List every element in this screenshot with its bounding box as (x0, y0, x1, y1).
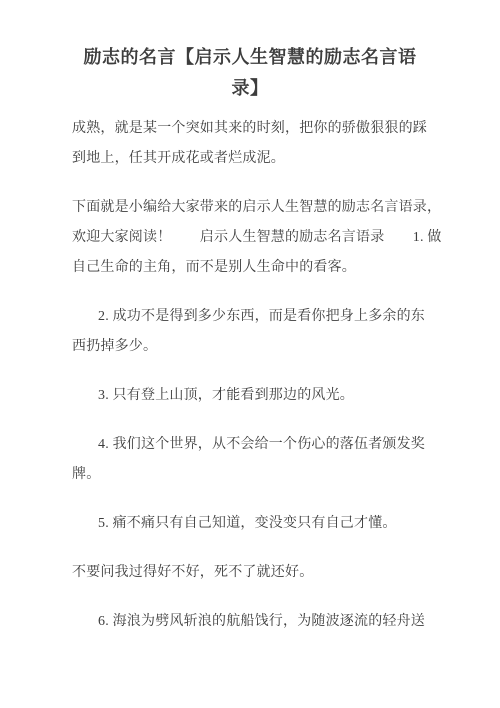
document-body: 成熟，就是某一个突如其来的时刻，把你的骄傲狠狠的踩 到地上，任其开成花或者烂成泥… (0, 114, 500, 637)
paragraph: 成熟，就是某一个突如其来的时刻，把你的骄傲狠狠的踩 到地上，任其开成花或者烂成泥… (72, 114, 430, 174)
paragraph: 不要问我过得好不好，死不了就还好。 (72, 558, 430, 588)
document-title: 励志的名言【启示人生智慧的励志名言语 录】 (0, 42, 500, 104)
paragraph: 4. 我们这个世界，从不会给一个伤心的落伍者颁发奖 牌。 (72, 430, 430, 490)
paragraph: 下面就是小编给大家带来的启示人生智慧的励志名言语录， 欢迎大家阅读！ 启示人生智… (72, 193, 430, 283)
paragraph: 5. 痛不痛只有自己知道，变没变只有自己才懂。 (72, 509, 430, 539)
paragraph: 2. 成功不是得到多少东西，而是看你把身上多余的东 西扔掉多少。 (72, 302, 430, 362)
paragraph: 6. 海浪为劈风斩浪的航船饯行，为随波逐流的轻舟送 (72, 607, 430, 637)
document-page: 励志的名言【启示人生智慧的励志名言语 录】 成熟，就是某一个突如其来的时刻，把你… (0, 0, 500, 708)
paragraph: 3. 只有登上山顶，才能看到那边的风光。 (72, 381, 430, 411)
